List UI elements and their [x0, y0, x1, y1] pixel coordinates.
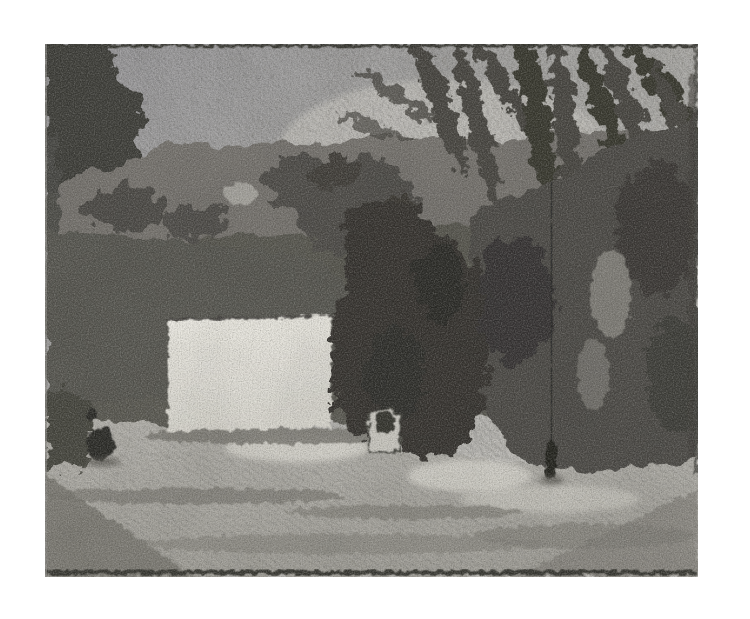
etching-grain-overlay [45, 44, 698, 577]
paper-margin [0, 0, 750, 619]
etching-plate [45, 44, 698, 577]
